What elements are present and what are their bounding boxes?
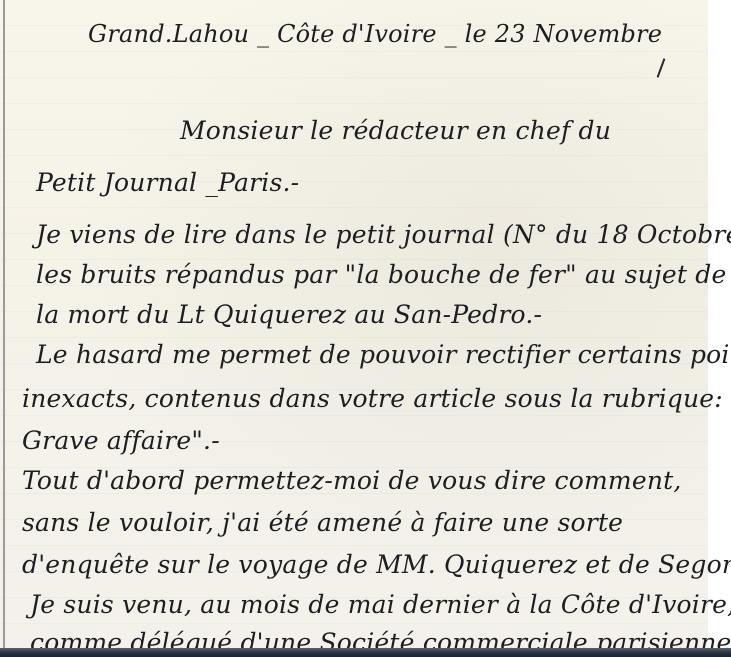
- body-line: Je suis venu, au mois de mai dernier à l…: [30, 592, 731, 617]
- body-line: Le hasard me permet de pouvoir rectifier…: [36, 342, 731, 367]
- salutation-line-2: Petit Journal _Paris.-: [36, 170, 299, 195]
- salutation-line-1: Monsieur le rédacteur en chef du: [180, 118, 611, 143]
- body-line: la mort du Lt Quiquerez au San-Pedro.-: [36, 302, 542, 327]
- body-line: Tout d'abord permettez-moi de vous dire …: [22, 468, 682, 493]
- letter-header: Grand.Lahou _ Côte d'Ivoire _ le 23 Nove…: [88, 22, 662, 46]
- body-line: d'enquête sur le voyage de MM. Quiquerez…: [22, 552, 731, 577]
- page-left-edge: [3, 0, 5, 650]
- body-line: Grave affaire".-: [22, 428, 220, 453]
- body-line: les bruits répandus par "la bouche de fe…: [36, 262, 726, 287]
- body-line: Je viens de lire dans le petit journal (…: [36, 222, 731, 247]
- body-line: inexacts, contenus dans votre article so…: [22, 386, 731, 411]
- body-line: sans le vouloir, j'ai été amené à faire …: [22, 510, 623, 535]
- scanner-bottom-edge: [0, 648, 731, 657]
